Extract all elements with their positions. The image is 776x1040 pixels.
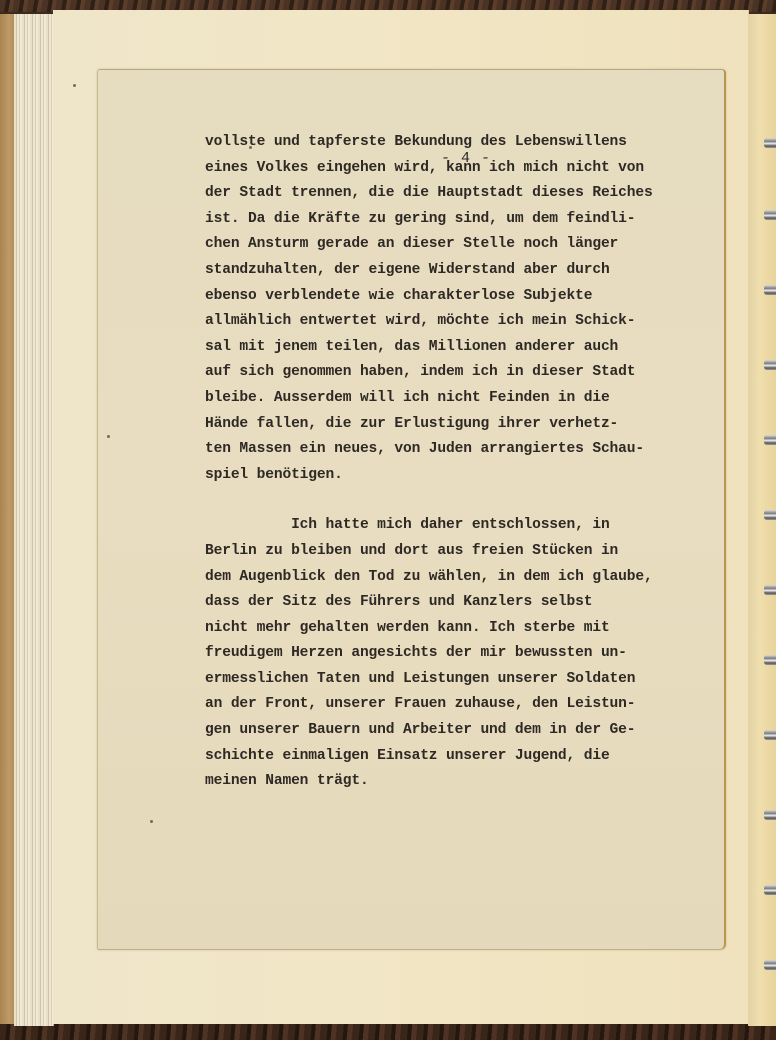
- text-line: Berlin zu bleiben und dort aus freien St…: [205, 539, 625, 565]
- text-line: Ich hatte mich daher entschlossen, in: [205, 513, 625, 539]
- text-line: auf sich genommen haben, indem ich in di…: [205, 360, 625, 386]
- text-line: dass der Sitz des Führers und Kanzlers s…: [205, 590, 625, 616]
- binder-strip: [748, 14, 776, 1026]
- binder-ring-icon: [764, 210, 776, 220]
- document-body: vollste und tapferste Bekundung des Lebe…: [205, 130, 625, 795]
- text-line: an der Front, unserer Frauen zuhause, de…: [205, 692, 625, 718]
- text-line: sal mit jenem teilen, das Millionen ande…: [205, 335, 625, 361]
- text-line: nicht mehr gehalten werden kann. Ich ste…: [205, 616, 625, 642]
- text-line: chen Ansturm gerade an dieser Stelle noc…: [205, 232, 625, 258]
- text-line: ten Massen ein neues, von Juden arrangie…: [205, 437, 625, 463]
- text-line: meinen Namen trägt.: [205, 769, 625, 795]
- scanned-book-page: - 4 - vollste und tapferste Bekundung de…: [0, 0, 776, 1040]
- text-line: gen unserer Bauern und Arbeiter und dem …: [205, 718, 625, 744]
- text-line: ebenso verblendete wie charakterlose Sub…: [205, 284, 625, 310]
- text-line: allmählich entwertet wird, möchte ich me…: [205, 309, 625, 335]
- page-stack-edge: [14, 14, 54, 1026]
- binder-ring-icon: [764, 360, 776, 370]
- paper-speck: [150, 820, 153, 823]
- binder-ring-icon: [764, 285, 776, 295]
- text-line: freudigem Herzen angesichts der mir bewu…: [205, 641, 625, 667]
- text-line: ist. Da die Kräfte zu gering sind, um de…: [205, 207, 625, 233]
- binder-ring-icon: [764, 585, 776, 595]
- paragraph-2: Ich hatte mich daher entschlossen, in Be…: [205, 513, 625, 795]
- text-line: dem Augenblick den Tod zu wählen, in dem…: [205, 565, 625, 591]
- binder-ring-icon: [764, 655, 776, 665]
- text-line: eines Volkes eingehen wird, kann ich mic…: [205, 156, 625, 182]
- text-line: vollste und tapferste Bekundung des Lebe…: [205, 130, 625, 156]
- paper-speck: [249, 146, 252, 149]
- paragraph-spacer: [205, 488, 625, 513]
- text-line: standzuhalten, der eigene Widerstand abe…: [205, 258, 625, 284]
- text-line: spiel benötigen.: [205, 463, 625, 489]
- binder-ring-icon: [764, 730, 776, 740]
- binder-ring-icon: [764, 435, 776, 445]
- text-line: der Stadt trennen, die die Hauptstadt di…: [205, 181, 625, 207]
- text-line: schichte einmaligen Einsatz unserer Juge…: [205, 744, 625, 770]
- paper-speck: [107, 435, 110, 438]
- paragraph-1: vollste und tapferste Bekundung des Lebe…: [205, 130, 625, 488]
- book-cover-edge: [0, 14, 15, 1024]
- binder-ring-icon: [764, 885, 776, 895]
- text-line: ermesslichen Taten und Leistungen unsere…: [205, 667, 625, 693]
- binder-ring-icon: [764, 138, 776, 148]
- binder-ring-icon: [764, 810, 776, 820]
- binder-ring-icon: [764, 510, 776, 520]
- paper-speck: [73, 84, 76, 87]
- text-line: bleibe. Ausserdem will ich nicht Feinden…: [205, 386, 625, 412]
- binder-ring-icon: [764, 960, 776, 970]
- text-line: Hände fallen, die zur Erlustigung ihrer …: [205, 412, 625, 438]
